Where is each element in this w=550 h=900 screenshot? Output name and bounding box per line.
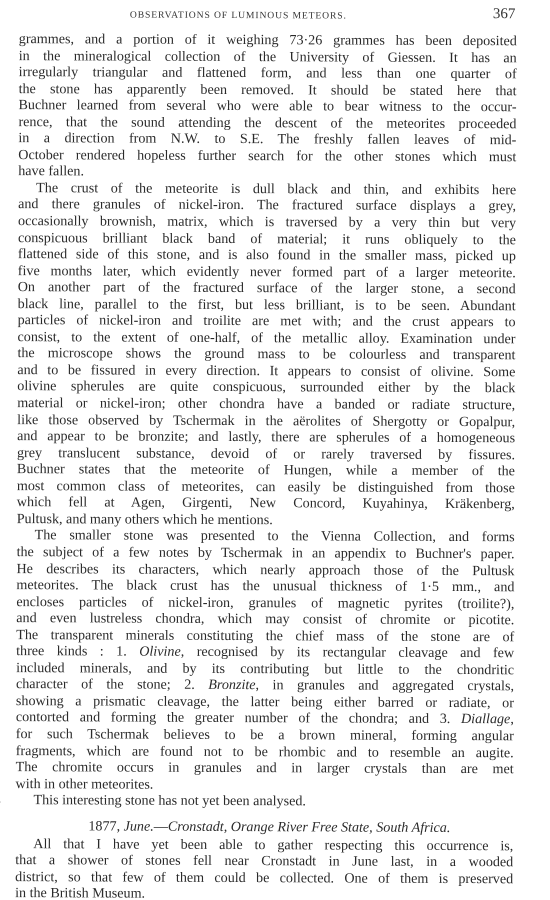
document-page: OBSERVATIONS OF LUMINOUS METEORS. 367 gr… [0, 0, 550, 900]
text-line: three kinds : 1. Olivine, recognised by … [16, 643, 514, 662]
text-line: irregularly triangular and flattened for… [19, 64, 517, 83]
text-line: in the British Museum. [15, 885, 513, 900]
text-line: particles of nickel-iron and troilite ar… [18, 312, 516, 331]
heading-month: June. [124, 818, 154, 834]
paragraph-2: The crust of the meteorite is dull black… [17, 180, 517, 530]
paragraph-4: This interesting stone has not yet been … [15, 792, 513, 811]
page-number: 367 [493, 6, 516, 23]
text-line: character of the stone; 2. Bronzite, in … [16, 676, 514, 695]
text-line: The chromite occurs in granules and in l… [16, 759, 514, 778]
body-text: grammes, and a portion of it weighing 73… [15, 31, 517, 900]
text-line: the subject of a few notes by Tschermak … [17, 544, 515, 563]
text-line: and even lustreless chondra, which may c… [16, 610, 514, 629]
scan-speck [85, 670, 87, 672]
text-line: that a shower of stones fell near Cronst… [15, 852, 513, 871]
heading-year: 1877, [88, 818, 120, 834]
text-line: Buchner learned from several who were ab… [19, 97, 517, 116]
scan-speck [0, 801, 1, 803]
text-line: meteorites. The black crust has the unus… [16, 577, 514, 596]
text-line: Buchner states that the meteorite of Hun… [17, 461, 515, 480]
text-line: the microscope shows the ground mass to … [17, 345, 515, 364]
text-line: flattened side of this stone, and is als… [18, 246, 516, 265]
section-heading: 1877, June.—Cronstadt, Orange River Free… [15, 818, 513, 838]
text-line: for such Tschermak believes to be a brow… [16, 726, 514, 745]
text-line: grammes, and a portion of it weighing 73… [19, 31, 517, 50]
text-line: October rendered hopeless further search… [18, 147, 516, 166]
paragraph-1: grammes, and a portion of it weighing 73… [18, 31, 517, 182]
text-line: This interesting stone has not yet been … [15, 792, 513, 811]
text-line: On another part of the fractured surface… [18, 279, 516, 298]
running-title: OBSERVATIONS OF LUMINOUS METEORS. [130, 10, 347, 22]
text-line: material or nickel-iron; other chondra h… [17, 395, 515, 414]
text-line: and appear to be bronzite; and lastly, t… [17, 428, 515, 447]
final-paragraph: All that I have yet been able to gather … [15, 836, 513, 900]
heading-dash: — [154, 818, 168, 834]
text-line: occasionally brownish, matrix, which is … [18, 213, 516, 232]
heading-place: Cronstadt, Orange River Free State, Sout… [168, 818, 451, 835]
running-header: OBSERVATIONS OF LUMINOUS METEORS. 367 [0, 4, 550, 26]
paragraph-3: The smaller stone was presented to the V… [16, 527, 515, 794]
text-line: which fell at Agen, Girgenti, New Concor… [17, 494, 515, 513]
text-line: in a direction from N.W. to S.E. The fre… [18, 130, 516, 149]
